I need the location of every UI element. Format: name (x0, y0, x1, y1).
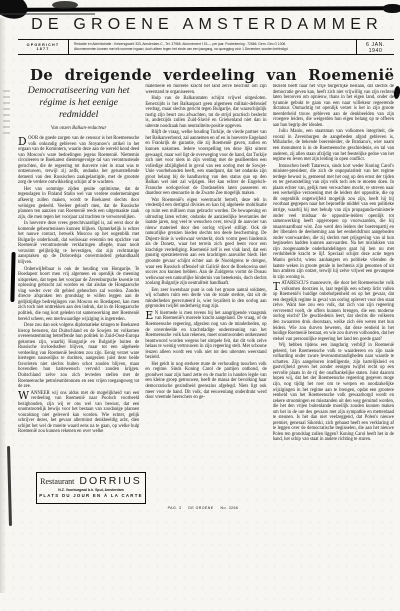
article-paragraph: DOOR de goede zorgen van de censuur is h… (18, 136, 139, 186)
article-paragraph: Het geldt in nog sterkere mate de verhou… (145, 362, 266, 401)
page-footer: PAG. 3 DE GROENE No. 3266 (142, 506, 264, 510)
page-footer-publication: DE GROENE (188, 506, 213, 510)
article-headline: De dreigende verdeeling van Roemenië (30, 66, 390, 84)
article-paragraph: In hoeverre deze vrees gerechtvaardigd i… (18, 221, 139, 265)
masthead-infobar: OPGERICHT 1877 Redactie en Administratie… (18, 39, 394, 55)
article-paragraph: Het van sommige zijden geuite optimisme,… (18, 187, 139, 220)
restaurant-ad-type: Restaurant (40, 477, 74, 486)
article-paragraph: Deze zou dan ook volgens diplomatieke kr… (18, 323, 139, 390)
column-1-body: DOOR de goede zorgen van de censuur is h… (18, 136, 139, 435)
article-paragraph: Juliu Maniu, een staatsman van volkomen … (273, 129, 394, 162)
founded-cell: OPGERICHT 1877 (18, 40, 69, 54)
restaurant-ad: Restaurant DORRIUS N.Z. Voorburgwal b.h.… (36, 472, 146, 504)
scan-artifact-top-right (383, 4, 400, 13)
newspaper-page: DE GROENE AMSTERDAMMER OPGERICHT 1877 Re… (0, 0, 400, 611)
drop-cap: E (145, 311, 154, 321)
scan-artifact-margin-marks (3, 90, 10, 136)
article-paragraph: Wat Roemenië's eigen weermacht betreft, … (145, 198, 266, 287)
article-paragraph: materieele en moreele kracht het land ze… (145, 84, 266, 95)
article-paragraph: Onbetwijfelbaar is ook de houding van Ho… (18, 267, 139, 322)
page-footer-issue-number: No. 3266 (221, 506, 239, 510)
article-byline: Van onzen Balkan-redacteur (18, 126, 139, 132)
article-paragraph: Intusschen heeft Tatarescu, sinds kort w… (273, 164, 394, 280)
article-column-3: bezield heeft naar het vrije burgerlijke… (273, 84, 394, 506)
article-column-2: materieele en moreele kracht het land ze… (145, 84, 266, 506)
masthead-title: DE GROENE AMSTERDAMMER (20, 15, 394, 35)
publisher-info-cell: Redactie en Administratie : Keizersgrach… (69, 40, 357, 54)
issue-date-year: 1940 (357, 48, 394, 54)
drop-cap: T (273, 281, 282, 291)
restaurant-ad-tagline: PLATS DU JOUR EN À LA CARTE (37, 493, 145, 498)
article-paragraph: Wij hebben tijdens een langdurig verblij… (273, 343, 394, 443)
article-paragraph: Een zeer kwetsbaar punt is ook het groot… (145, 288, 266, 310)
scan-artifact-left-strip (0, 18, 6, 593)
restaurant-ad-brand: DORRIUS (79, 475, 141, 487)
article-paragraph: Hulp van de Balkanstaten schijnt vrijwel… (145, 96, 266, 129)
scan-artifact-left-streak-mid (10, 252, 15, 302)
article-column-1: Democratiseering van het régime is het e… (18, 84, 139, 472)
scan-artifact-top-smudge (52, 1, 78, 9)
scan-artifact-left-streak-low (7, 446, 12, 526)
restaurant-ad-name-row: Restaurant DORRIUS (37, 475, 145, 487)
issue-date-cell: 6 JAN. 1940 (357, 40, 394, 54)
founded-year: 1877 (18, 47, 68, 52)
article-subhead: Democratiseering van het régime is het e… (21, 85, 136, 121)
scan-artifact-top-band (0, 6, 400, 12)
page-footer-page-number: PAG. 3 (168, 506, 182, 510)
article-paragraph: Blijft de vraag, welke houding Turkije, … (145, 130, 266, 197)
restaurant-ad-address: N.Z. Voorburgwal b.h. Spui, Amsterdam (37, 488, 145, 492)
article-columns: Democratiseering van het régime is het e… (18, 84, 394, 512)
drop-cap: D (18, 136, 28, 146)
article-paragraph: WANNEER wij ons aldus met de mogelijkhei… (18, 391, 139, 435)
article-paragraph: TATARESCU'S manoeuvre, die door het Roem… (273, 281, 394, 342)
scan-artifact-right-dot (393, 86, 400, 100)
article-paragraph: bezield heeft naar het vrije burgerlijke… (273, 84, 394, 128)
publisher-info-line2: Abonnementen kunnen met elk nummer ingaa… (74, 47, 352, 52)
drop-cap: W (18, 391, 31, 401)
article-paragraph: EN hiermede is men tevens bij het aangri… (145, 311, 266, 361)
